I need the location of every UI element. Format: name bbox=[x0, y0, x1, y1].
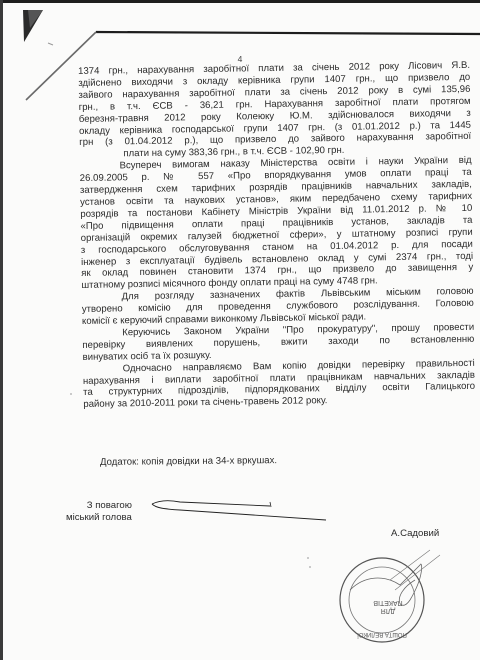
paragraph-commission: Для розгляду зазначених фактів Львівськи… bbox=[82, 286, 475, 328]
closing-block: З повагою міський голова bbox=[66, 500, 132, 524]
svg-text:ПАКЕТІВ: ПАКЕТІВ bbox=[373, 599, 403, 606]
signer-position: міський голова bbox=[66, 512, 132, 524]
paragraph-attachment-note: Одночасно направляємо Вам копію довідки … bbox=[83, 357, 476, 411]
svg-text:ДЛЯ: ДЛЯ bbox=[381, 607, 395, 614]
appendix-note: Додаток: копія довідки на 34-х вркушах. bbox=[100, 455, 277, 468]
letter-body: 1374 грн., нарахування заробітної плати … bbox=[78, 60, 475, 411]
handwritten-signature bbox=[150, 498, 330, 528]
official-seal-stamp: ПОШТА ВЕЛИКОЇ ПАКЕТІВ ДЛЯ bbox=[330, 545, 450, 645]
scan-speck bbox=[70, 393, 72, 395]
paragraph-salary-overcharge: 1374 грн., нарахування заробітної плати … bbox=[78, 60, 471, 161]
scan-speck bbox=[309, 566, 311, 568]
signer-name: А.Садовий bbox=[391, 528, 439, 539]
paragraph-prosecutor-request: Керуючись Законом України "Про прокурату… bbox=[82, 322, 475, 364]
paragraph-ministry-order: Всупереч вимогам наказу Міністерства осв… bbox=[79, 155, 473, 292]
svg-text:ПОШТА ВЕЛИКОЇ: ПОШТА ВЕЛИКОЇ bbox=[357, 631, 407, 638]
closing-regards: З повагою bbox=[66, 500, 132, 512]
scan-speck bbox=[307, 557, 309, 559]
